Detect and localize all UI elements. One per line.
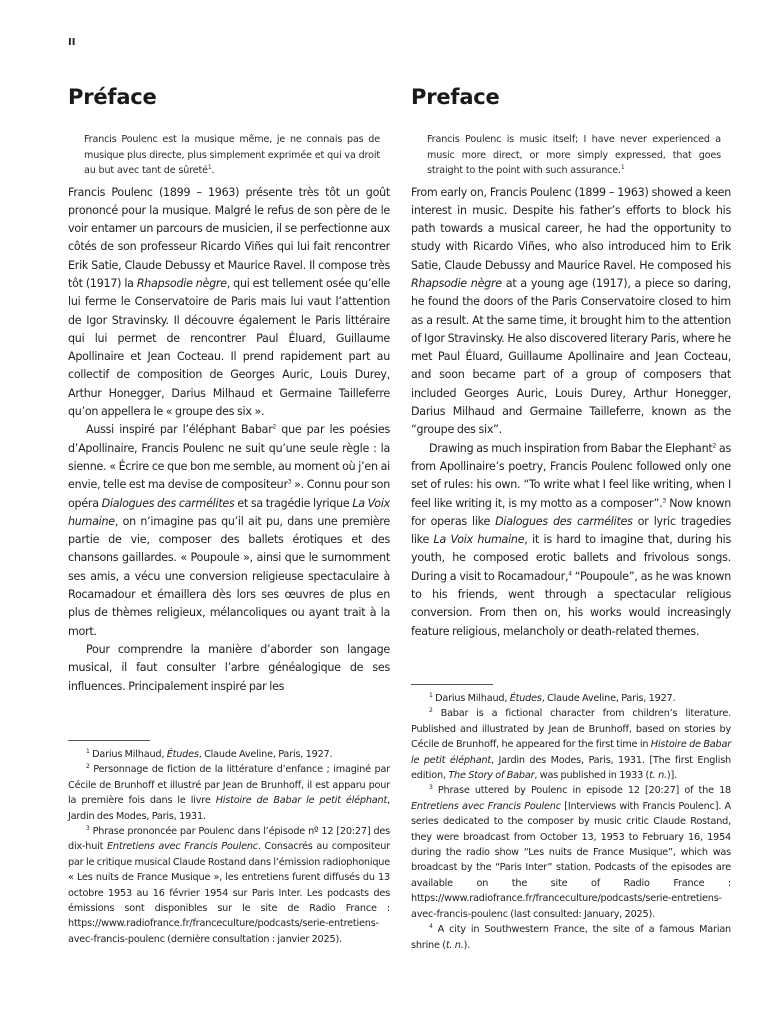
work-title: Dialogues des carmélites [102, 497, 235, 510]
english-body: From early on, Francis Poulenc (1899 – 1… [411, 184, 731, 641]
epigraph-end: . [212, 165, 215, 176]
text: at a young age (1917), a piece so daring… [411, 277, 731, 436]
text: , Claude Aveline, Paris, 1927. [199, 749, 333, 760]
french-footnote-1: 1 Darius Milhaud, Études, Claude Aveline… [68, 747, 390, 762]
footnote-number: 3 [429, 784, 433, 791]
english-footnote-1: 1 Darius Milhaud, Études, Claude Aveline… [411, 691, 731, 706]
text: Francis Poulenc (1899 – 1963) présente t… [68, 186, 390, 290]
footnote-number: 2 [429, 707, 433, 714]
french-epigraph: Francis Poulenc est la musique même, je … [84, 132, 380, 179]
english-column: Preface Francis Poulenc is music itself;… [411, 82, 731, 641]
english-footnote-4: 4 A city in Southwestern France, the sit… [411, 922, 731, 953]
work-title: Dialogues des carmélites [495, 515, 633, 528]
footnote-ref[interactable]: 1 [621, 164, 625, 171]
text: , was published in 1933 ( [534, 770, 649, 781]
translator-note: t. n. [649, 770, 667, 781]
english-paragraph-2: Drawing as much inspiration from Babar t… [411, 440, 731, 641]
text: Darius Milhaud, [435, 693, 510, 704]
work-title: Entretiens avec Francis Poulenc [107, 841, 258, 852]
work-title: Rhapsodie nègre [411, 277, 502, 290]
english-title: Preface [411, 82, 731, 112]
text: et sa tragédie lyrique [235, 497, 353, 510]
english-footnotes: 1 Darius Milhaud, Études, Claude Aveline… [411, 684, 731, 953]
text: [Interviews with Francis Poulenc]. A ser… [411, 801, 731, 920]
french-footnotes: 1 Darius Milhaud, Études, Claude Aveline… [68, 740, 390, 947]
work-title: The Story of Babar [448, 770, 534, 781]
text: ). [464, 940, 470, 951]
epigraph-text: Francis Poulenc is music itself; I have … [427, 134, 721, 176]
text: , on n’imagine pas qu’il ait pu, dans un… [68, 515, 390, 638]
text: Aussi inspiré par l’éléphant Babar [86, 423, 273, 436]
french-title: Préface [68, 82, 390, 112]
footnote-number: 1 [429, 692, 433, 699]
work-title: Études [510, 693, 542, 704]
text: Drawing as much inspiration from Babar t… [429, 442, 712, 455]
text: From early on, Francis Poulenc (1899 – 1… [411, 186, 731, 272]
english-paragraph-1: From early on, Francis Poulenc (1899 – 1… [411, 184, 731, 440]
text: Phrase uttered by Poulenc in episode 12 … [438, 785, 731, 796]
page-number: II [68, 37, 75, 48]
footnote-rule [68, 740, 150, 741]
work-title: Rhapsodie nègre [137, 277, 227, 290]
footnote-number: 2 [86, 763, 90, 770]
text: )]. [667, 770, 677, 781]
work-title: Entretiens avec Francis Poulenc [411, 801, 561, 812]
french-paragraph-2: Aussi inspiré par l’éléphant Babar2 que … [68, 421, 390, 641]
work-title: La Voix humaine [434, 533, 525, 546]
french-paragraph-1: Francis Poulenc (1899 – 1963) présente t… [68, 184, 390, 422]
french-footnote-2: 2 Personnage de fiction de la littératur… [68, 762, 390, 824]
english-footnote-3: 3 Phrase uttered by Poulenc in episode 1… [411, 783, 731, 922]
text: Darius Milhaud, [92, 749, 167, 760]
footnote-number: 4 [429, 923, 433, 930]
text: , Claude Aveline, Paris, 1927. [542, 693, 676, 704]
french-footnote-3: 3 Phrase prononcée par Poulenc dans l’ép… [68, 824, 390, 947]
english-epigraph: Francis Poulenc is music itself; I have … [427, 132, 721, 179]
footnote-number: 1 [86, 748, 90, 755]
french-column: Préface Francis Poulenc est la musique m… [68, 82, 390, 696]
footnote-rule [411, 684, 493, 685]
translator-note: t. n. [446, 940, 464, 951]
work-title: Histoire de Babar le petit éléphant [216, 795, 387, 806]
french-body: Francis Poulenc (1899 – 1963) présente t… [68, 184, 390, 696]
work-title: Études [167, 749, 199, 760]
french-paragraph-3: Pour comprendre la manière d’aborder son… [68, 641, 390, 696]
text: , qui est tellement osée qu’elle lui fer… [68, 277, 390, 418]
epigraph-text: Francis Poulenc est la musique même, je … [84, 134, 380, 176]
english-footnote-2: 2 Babar is a fictional character from ch… [411, 706, 731, 783]
text: . Consacrés au compositeur par le critiq… [68, 841, 390, 944]
footnote-number: 3 [86, 825, 90, 832]
